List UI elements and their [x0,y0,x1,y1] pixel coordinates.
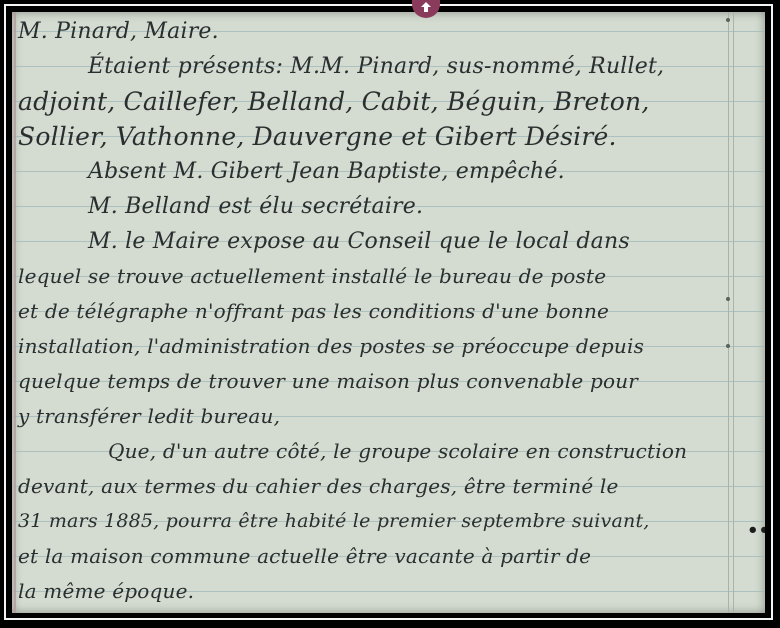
text-line: M. Belland est élu secrétaire. [88,189,423,224]
margin-dots: •• [747,520,765,541]
text-line: et la maison commune actuelle être vacan… [18,539,591,574]
text-line: Absent M. Gibert Jean Baptiste, empêché. [88,154,565,189]
text-line: et de télégraphe n'offrant pas les condi… [18,294,609,329]
text-line: quelque temps de trouver une maison plus… [18,364,638,399]
right-margin-line-inner [733,12,734,613]
margin-mark [726,18,730,22]
margin-mark [726,297,730,301]
text-line: lequel se trouve actuellement installé l… [18,259,606,294]
margin-mark [726,344,730,348]
text-line: devant, aux termes du cahier des charges… [18,469,619,504]
text-line: installation, l'administration des poste… [18,329,644,364]
left-margin-line [14,12,16,613]
text-line: Sollier, Vathonne, Dauvergne et Gibert D… [18,119,617,154]
arrow-up-icon [420,0,432,18]
text-line: Étaient présents: M.M. Pinard, sus-nommé… [88,49,664,84]
document-page: M. Pinard, Maire. Étaient présents: M.M.… [12,12,765,613]
text-line: M. le Maire expose au Conseil que le loc… [88,224,630,259]
text-line: M. Pinard, Maire. [18,14,219,49]
text-line: adjoint, Caillefer, Belland, Cabit, Bégu… [18,84,649,119]
text-line: 31 mars 1885, pourra être habité le prem… [18,504,650,539]
right-margin-line [728,12,729,613]
text-line: Que, d'un autre côté, le groupe scolaire… [108,434,687,469]
text-line: y transférer ledit bureau, [18,399,280,434]
text-line: la même époque. [18,574,194,609]
